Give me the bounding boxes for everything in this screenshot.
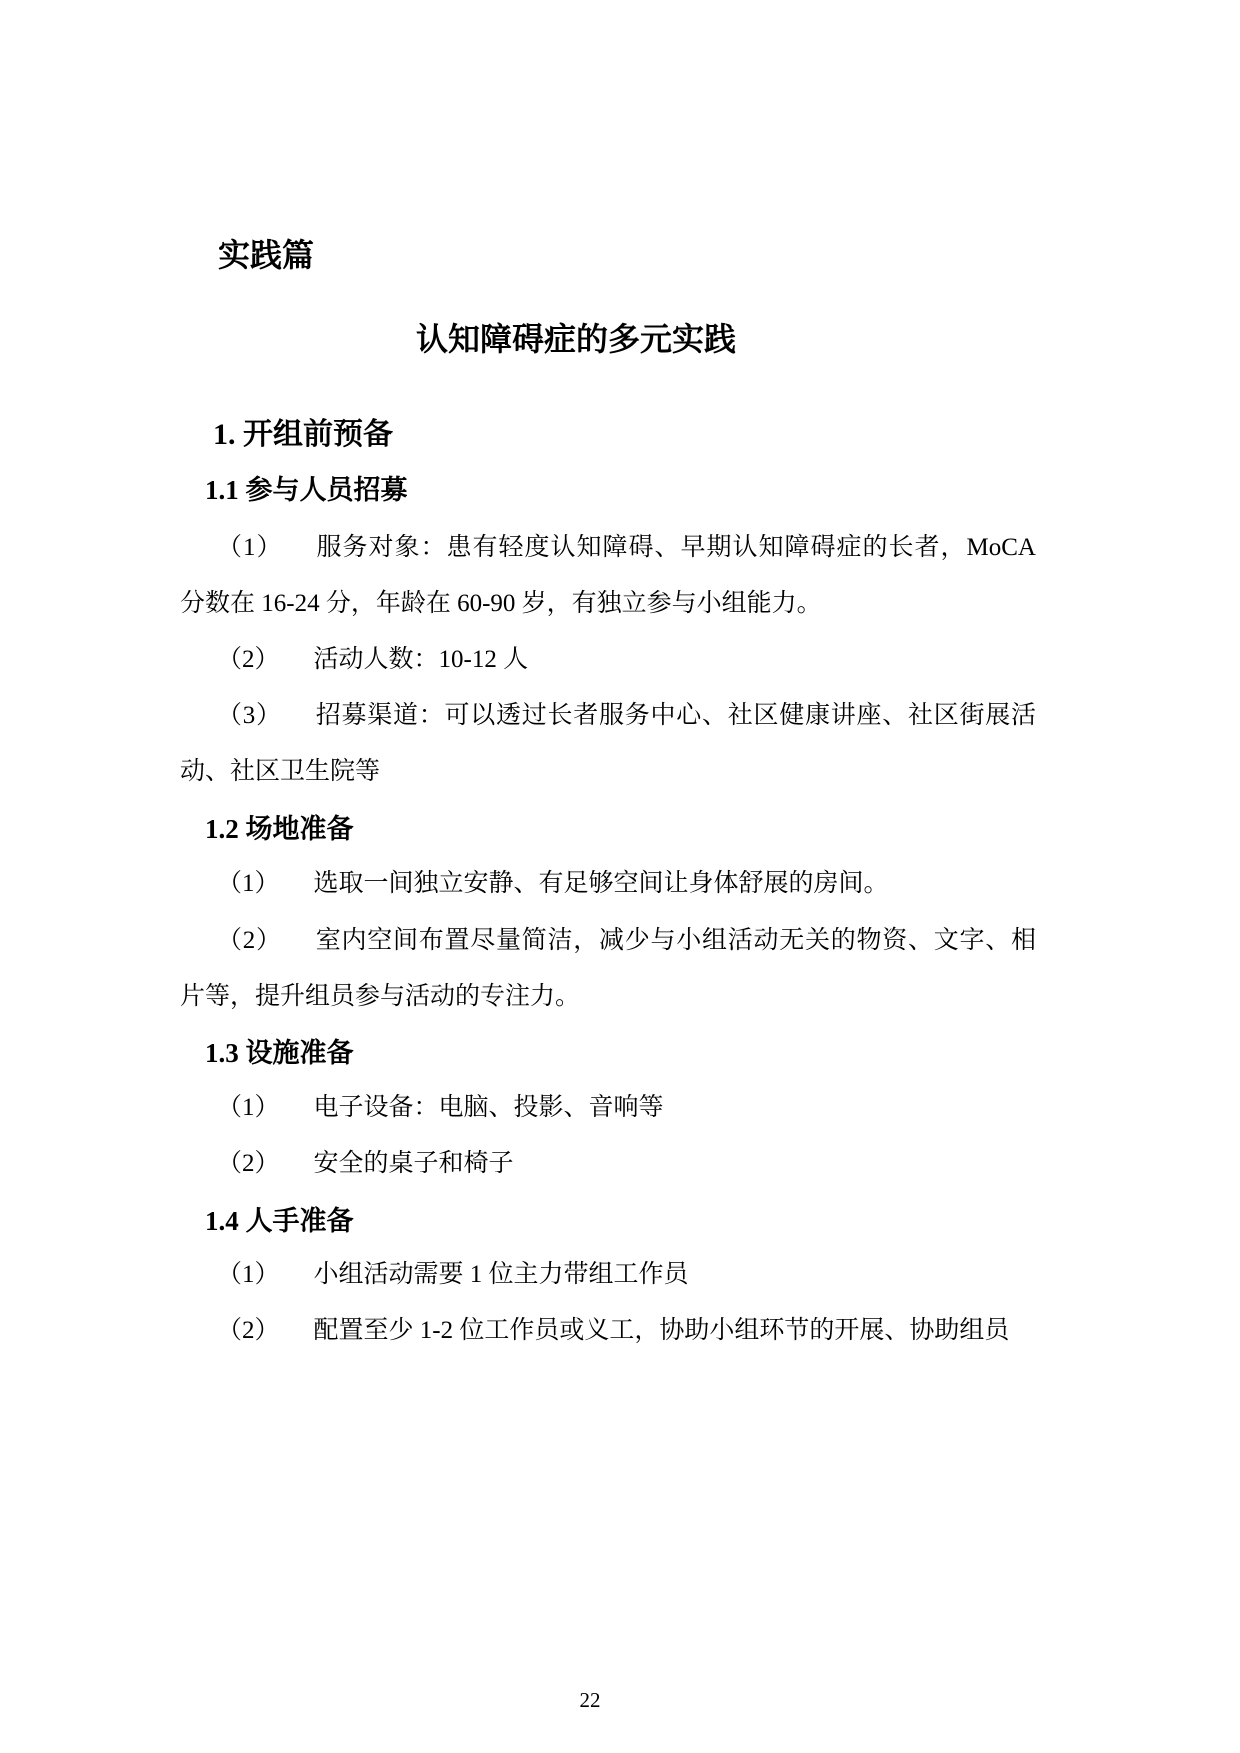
- subsection-heading-1-2: 1.2 场地准备: [205, 812, 354, 847]
- subsection-heading-1-3: 1.3 设施准备: [205, 1036, 354, 1071]
- section-label: 实践篇: [218, 236, 314, 274]
- item-number: （2）: [217, 1150, 280, 1177]
- item-number: （3）: [217, 702, 282, 729]
- item-number: （2）: [217, 646, 280, 673]
- item-text: 服务对象：患有轻度认知障碍、早期认知障碍症的长者，MoCA 分数在 16-24 …: [180, 534, 1036, 617]
- item-number: （2）: [217, 927, 282, 954]
- list-item: （2）活动人数：10-12 人: [180, 632, 1036, 688]
- item-number: （1）: [217, 870, 280, 897]
- document-page: 实践篇 认知障碍症的多元实践 1. 开组前预备 1.1 参与人员招募 （1）服务…: [0, 0, 1240, 1753]
- item-text: 安全的桌子和椅子: [314, 1150, 514, 1177]
- list-item: （2）配置至少 1-2 位工作员或义工，协助小组环节的开展、协助组员: [180, 1303, 1036, 1359]
- list-item: （2）安全的桌子和椅子: [180, 1136, 1036, 1192]
- chapter-heading: 1. 开组前预备: [213, 416, 393, 454]
- list-item: （2）室内空间布置尽量简洁，减少与小组活动无关的物资、文字、相片等，提升组员参与…: [180, 913, 1036, 1025]
- list-item: （1）服务对象：患有轻度认知障碍、早期认知障碍症的长者，MoCA 分数在 16-…: [180, 520, 1036, 632]
- item-number: （2）: [217, 1317, 280, 1344]
- item-number: （1）: [217, 1094, 280, 1121]
- page-number: 22: [0, 1688, 1180, 1713]
- item-text: 小组活动需要 1 位主力带组工作员: [314, 1261, 689, 1288]
- list-item: （1）电子设备：电脑、投影、音响等: [180, 1080, 1036, 1136]
- item-number: （1）: [217, 1261, 280, 1288]
- list-item: （1）选取一间独立安静、有足够空间让身体舒展的房间。: [180, 856, 1036, 912]
- item-text: 活动人数：10-12 人: [314, 646, 529, 673]
- subsection-heading-1-4: 1.4 人手准备: [205, 1204, 354, 1239]
- list-item: （1）小组活动需要 1 位主力带组工作员: [180, 1247, 1036, 1303]
- item-number: （1）: [217, 534, 283, 561]
- item-text: 室内空间布置尽量简洁，减少与小组活动无关的物资、文字、相片等，提升组员参与活动的…: [180, 927, 1036, 1010]
- document-title: 认知障碍症的多元实践: [180, 319, 972, 359]
- subsection-heading-1-1: 1.1 参与人员招募: [205, 473, 408, 508]
- item-text: 配置至少 1-2 位工作员或义工，协助小组环节的开展、协助组员: [314, 1317, 1010, 1344]
- item-text: 电子设备：电脑、投影、音响等: [314, 1094, 664, 1121]
- list-item: （3）招募渠道：可以透过长者服务中心、社区健康讲座、社区街展活动、社区卫生院等: [180, 688, 1036, 800]
- item-text: 选取一间独立安静、有足够空间让身体舒展的房间。: [314, 870, 889, 897]
- item-text: 招募渠道：可以透过长者服务中心、社区健康讲座、社区街展活动、社区卫生院等: [180, 702, 1036, 785]
